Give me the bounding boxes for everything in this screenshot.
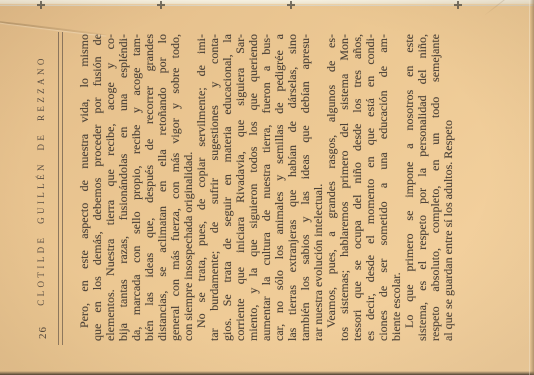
header-rule	[58, 32, 63, 345]
page-bottom-edge	[0, 371, 534, 375]
edge-mark	[40, 1, 42, 9]
page-right-edge	[530, 0, 534, 375]
book-page: 26 CLOTILDE GUILLÉN DE REZZANO Pero, en …	[0, 0, 534, 375]
edge-mark	[160, 1, 162, 9]
page-body: Pero, en este aspecto de nuestra vida, l…	[78, 34, 455, 341]
running-head: CLOTILDE GUILLÉN DE REZZANO	[36, 34, 46, 341]
page-right-edge-highlight	[529, 0, 531, 375]
page-number: 26	[37, 326, 49, 339]
edge-mark	[457, 1, 459, 9]
photo-canvas: 26 CLOTILDE GUILLÉN DE REZZANO Pero, en …	[0, 0, 534, 375]
page-header: 26 CLOTILDE GUILLÉN DE REZZANO	[36, 34, 50, 341]
text-line: al que se guardan entre sí los adultos. …	[442, 34, 455, 341]
edge-mark	[290, 1, 292, 9]
